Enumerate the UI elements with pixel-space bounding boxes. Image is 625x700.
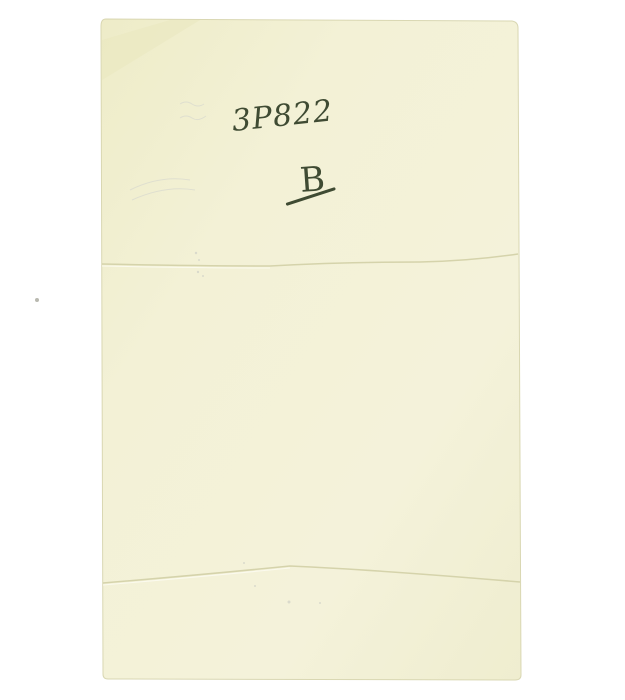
paper-sheet: 3P822 B: [0, 0, 625, 700]
